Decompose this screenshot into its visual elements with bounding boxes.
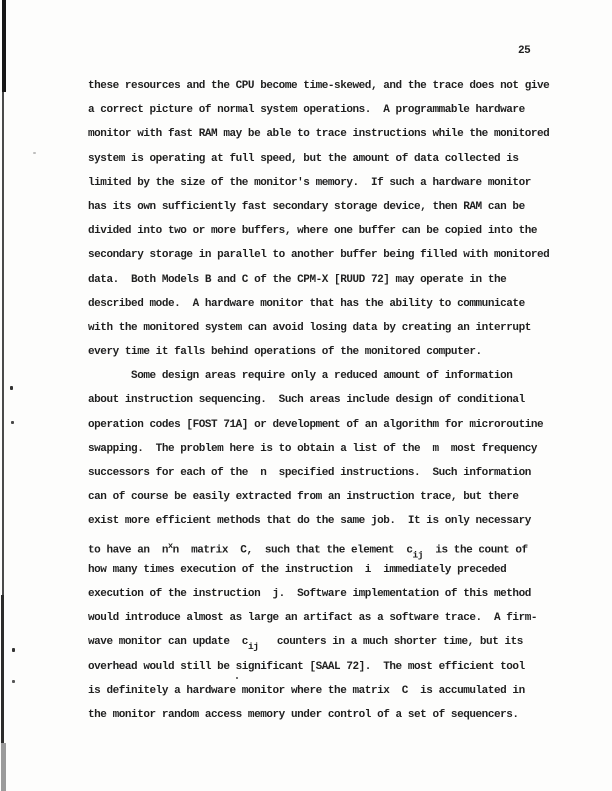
document-page: 25 these resources and the CPU become ti… <box>0 0 612 791</box>
text-line: monitor with fast RAM may be able to tra… <box>88 122 574 146</box>
text-line: would introduce almost as large an artif… <box>88 606 574 630</box>
page-number: 25 <box>518 45 530 57</box>
text-line: successors for each of the n specified i… <box>88 461 574 485</box>
text-line: system is operating at full speed, but t… <box>88 147 574 171</box>
text-line: is definitely a hardware monitor where t… <box>88 679 574 703</box>
scan-speck <box>11 421 14 424</box>
text-line: can of course be easily extracted from a… <box>88 485 574 509</box>
text-line: every time it falls behind operations of… <box>88 340 574 364</box>
text-line: has its own sufficiently fast secondary … <box>88 195 574 219</box>
scan-edge-artifact <box>2 92 4 595</box>
scan-speck <box>33 152 36 154</box>
scan-edge-artifact <box>1 595 4 743</box>
text-line: how many times execution of the instruct… <box>88 558 574 582</box>
text-line: limited by the size of the monitor's mem… <box>88 171 574 195</box>
text-line: Some design areas require only a reduced… <box>88 364 574 388</box>
text-line: divided into two or more buffers, where … <box>88 219 574 243</box>
text-line: exist more efficient methods that do the… <box>88 509 574 533</box>
text-line: overhead would still be significant [SAA… <box>88 655 574 679</box>
scan-speck <box>12 680 15 683</box>
text-line: these resources and the CPU become time-… <box>88 74 574 98</box>
text-line: the monitor random access memory under c… <box>88 703 574 727</box>
text-line: secondary storage in parallel to another… <box>88 243 574 267</box>
text-line: described mode. A hardware monitor that … <box>88 292 574 316</box>
scan-edge-artifact <box>1 743 6 791</box>
scan-edge-artifact <box>2 0 6 92</box>
text-line: data. Both Models B and C of the CPM-X [… <box>88 268 574 292</box>
text-line: wave monitor can update cij counters in … <box>88 630 574 654</box>
scan-speck <box>10 386 13 390</box>
text-line: swapping. The problem here is to obtain … <box>88 437 574 461</box>
scan-speck <box>12 648 15 652</box>
text-line: execution of the instruction j. Software… <box>88 582 574 606</box>
text-line: with the monitored system can avoid losi… <box>88 316 574 340</box>
text-line: a correct picture of normal system opera… <box>88 98 574 122</box>
text-line: to have an nxn matrix C, such that the e… <box>88 534 574 558</box>
text-line: operation codes [FOST 71A] or developmen… <box>88 413 574 437</box>
text-line: about instruction sequencing. Such areas… <box>88 388 574 412</box>
text-block: these resources and the CPU become time-… <box>88 74 574 727</box>
